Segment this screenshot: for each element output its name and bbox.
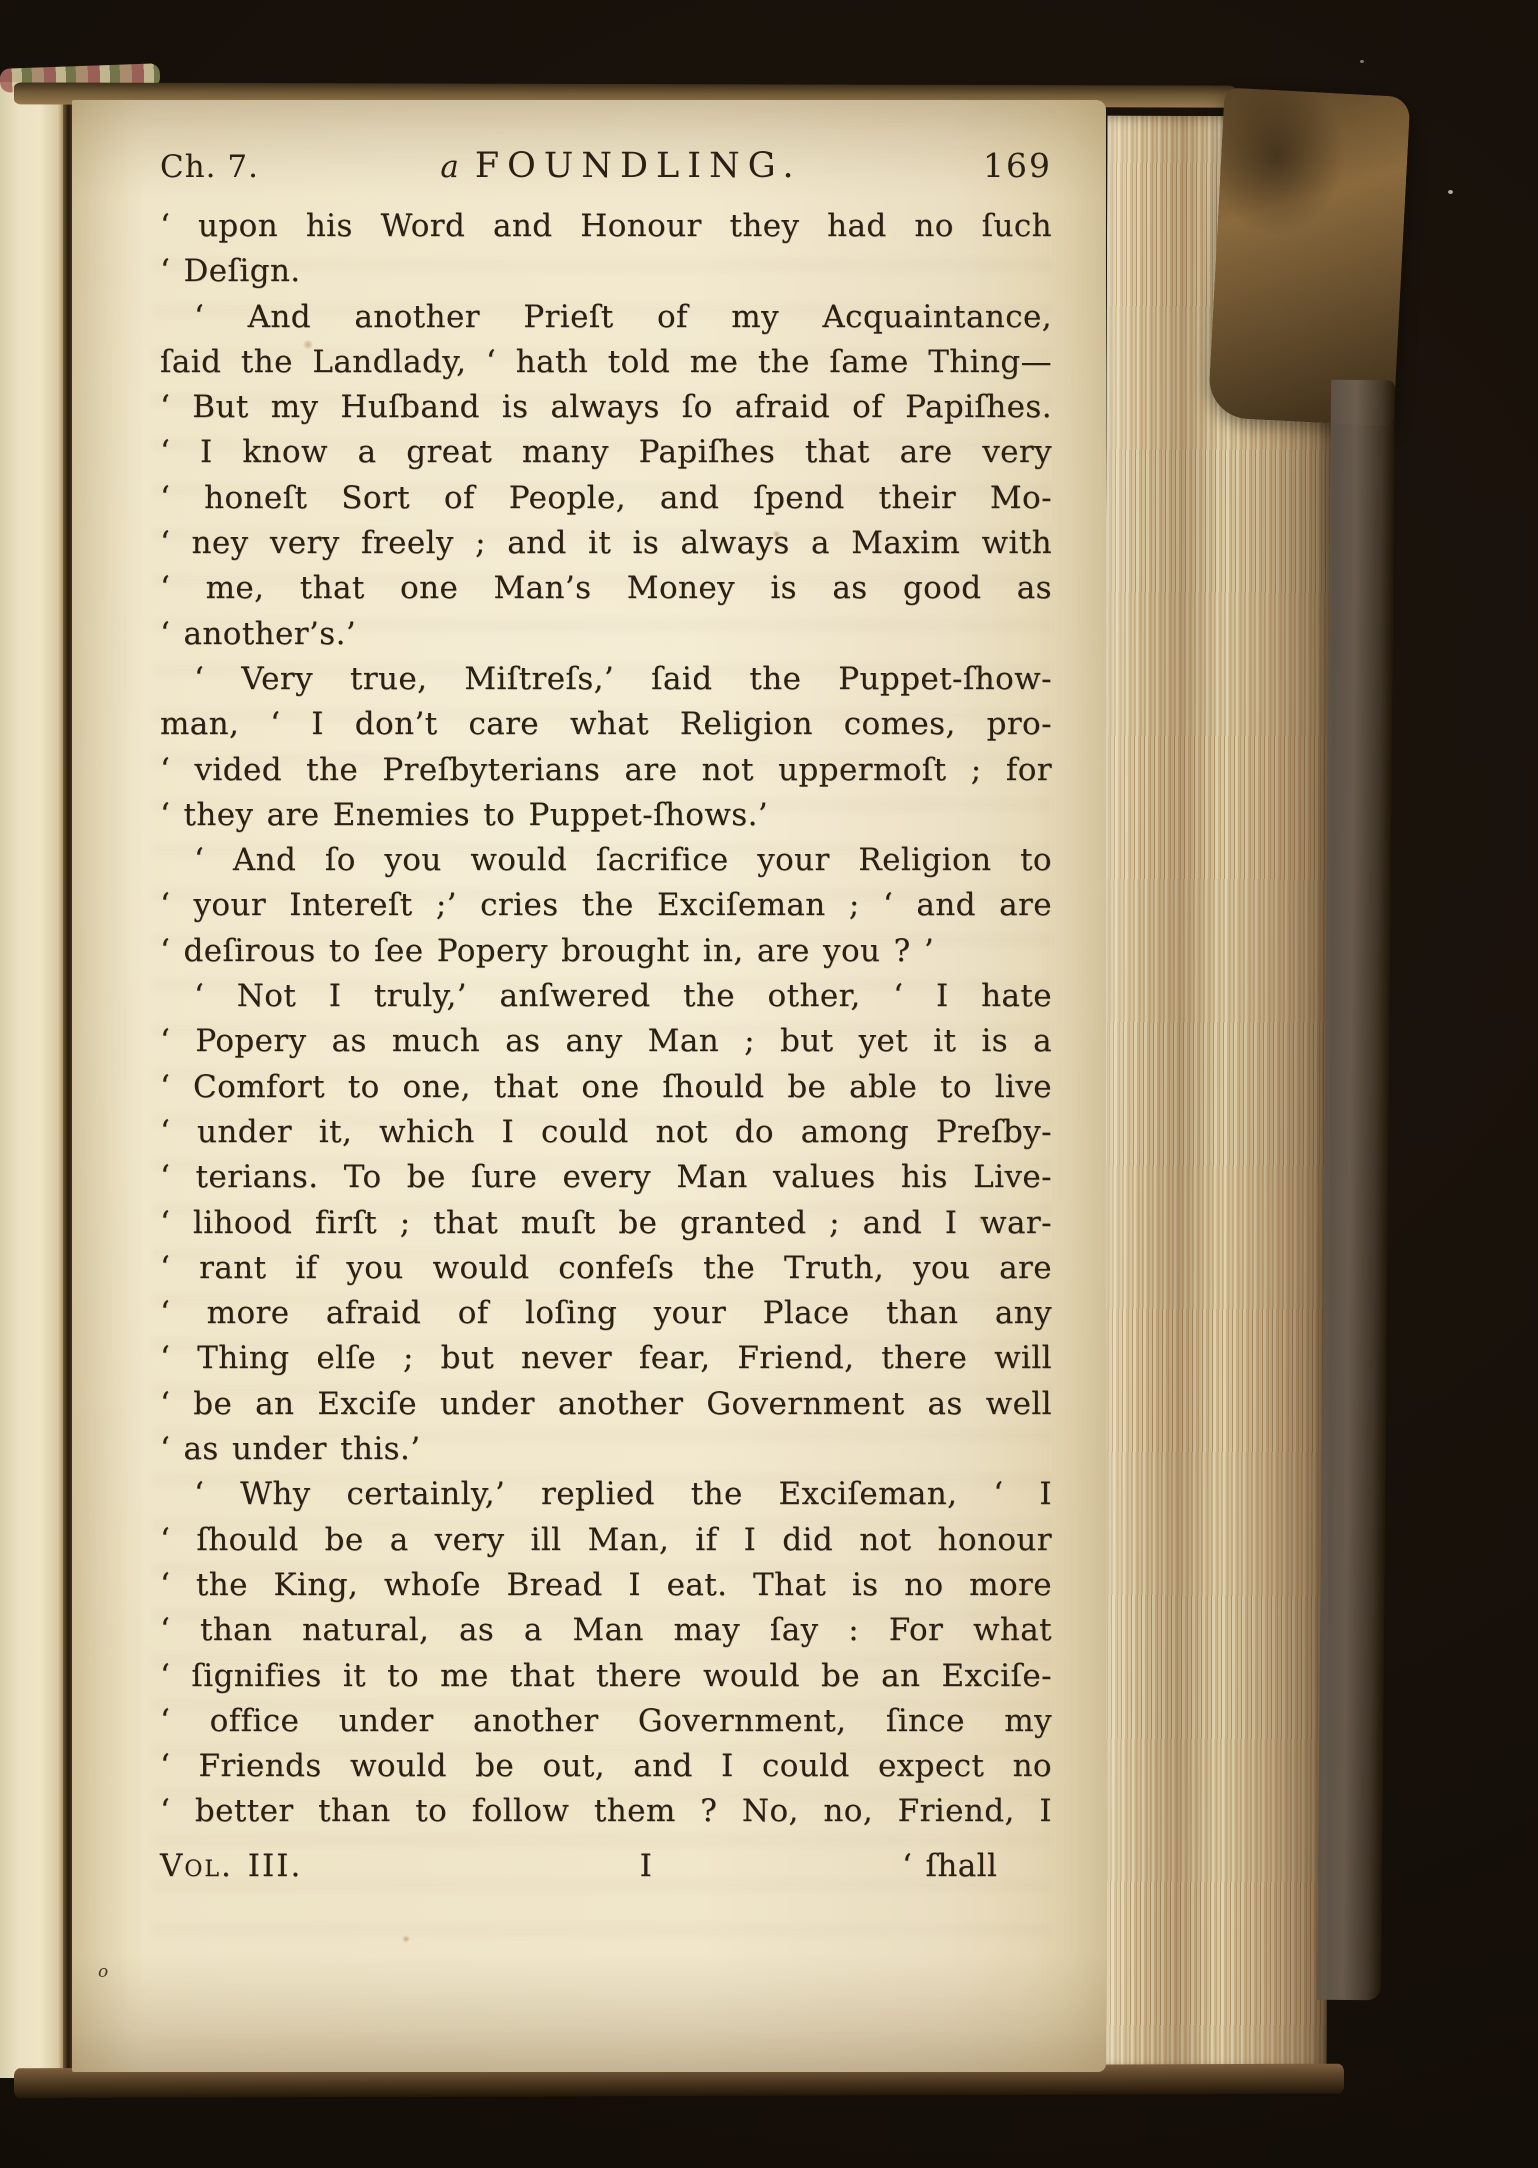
text-line: ‘ office under another Government, ſince… bbox=[160, 1699, 1052, 1744]
text-line: ‘ than natural, as a Man may ſay : For w… bbox=[160, 1608, 1052, 1653]
text-line: ‘ be an Exciſe under another Government … bbox=[160, 1382, 1052, 1427]
cover-board-edge bbox=[1317, 380, 1395, 2000]
text-line: ‘ lihood firſt ; that muſt be granted ; … bbox=[160, 1201, 1052, 1246]
text-line: ‘ another’s.’ bbox=[160, 612, 1052, 657]
text-line: ‘ I know a great many Papiſhes that are … bbox=[160, 430, 1052, 475]
running-head: Ch. 7. aFOUNDLING. 169 bbox=[160, 146, 1052, 186]
text-line: ‘ the King, whoſe Bread I eat. That is n… bbox=[160, 1563, 1052, 1608]
book-page: Ch. 7. aFOUNDLING. 169 ‘ upon his Word a… bbox=[72, 100, 1106, 2072]
text-line: ‘ vided the Preſbyterians are not upperm… bbox=[160, 748, 1052, 793]
text-line: ‘ Thing elſe ; but never fear, Friend, t… bbox=[160, 1336, 1052, 1381]
text-line: ‘ Not I truly,’ anſwered the other, ‘ I … bbox=[160, 974, 1052, 1019]
text-line: ‘ Deſign. bbox=[160, 249, 1052, 294]
signature-mark: I bbox=[390, 1844, 902, 1889]
text-line: ‘ more afraid of loſing your Place than … bbox=[160, 1291, 1052, 1336]
text-line: ‘ ney very freely ; and it is always a M… bbox=[160, 521, 1052, 566]
chapter-label: Ch. 7. bbox=[160, 149, 259, 185]
foxing-stain bbox=[402, 1935, 410, 1943]
text-line: ‘ And another Prieſt of my Acquaintance, bbox=[160, 295, 1052, 340]
text-line: ‘ under it, which I could not do among P… bbox=[160, 1110, 1052, 1155]
text-line: ‘ terians. To be ſure every Man values h… bbox=[160, 1155, 1052, 1200]
text-line: ‘ And ſo you would ſacrifice your Religi… bbox=[160, 838, 1052, 883]
text-line: ‘ your Intereſt ;’ cries the Exciſeman ;… bbox=[160, 883, 1052, 928]
text-line: ‘ Friends would be out, and I could expe… bbox=[160, 1744, 1052, 1789]
leather-corner bbox=[1207, 87, 1410, 426]
page-title: aFOUNDLING. bbox=[259, 146, 983, 186]
text-line: ‘ as under this.’ bbox=[160, 1427, 1052, 1472]
dust-speck bbox=[1448, 190, 1453, 194]
text-line: ‘ Popery as much as any Man ; but yet it… bbox=[160, 1019, 1052, 1064]
text-line: ‘ rant if you would confeſs the Truth, y… bbox=[160, 1246, 1052, 1291]
text-line: ſaid the Landlady, ‘ hath told me the ſa… bbox=[160, 340, 1052, 385]
text-line: ‘ But my Huſband is always ſo afraid of … bbox=[160, 385, 1052, 430]
text-line: ‘ upon his Word and Honour they had no ſ… bbox=[160, 204, 1052, 249]
text-line: ‘ Why certainly,’ replied the Exciſeman,… bbox=[160, 1472, 1052, 1517]
text-line: ‘ Very true, Miſtreſs,’ ſaid the Puppet-… bbox=[160, 657, 1052, 702]
body-text: ‘ upon his Word and Honour they had no ſ… bbox=[160, 204, 1052, 1889]
text-line: ‘ Comfort to one, that one ſhould be abl… bbox=[160, 1065, 1052, 1110]
page-footer: Vol. III. I ‘ ſhall bbox=[160, 1844, 1052, 1889]
catchword: ‘ ſhall bbox=[902, 1844, 1052, 1889]
page-number: 169 bbox=[983, 146, 1052, 185]
text-line: ‘ deſirous to ſee Popery brought in, are… bbox=[160, 929, 1052, 974]
text-line: ‘ they are Enemies to Puppet-ſhows.’ bbox=[160, 793, 1052, 838]
facing-page-edge bbox=[0, 82, 66, 2078]
text-line: man, ‘ I don’t care what Religion comes,… bbox=[160, 702, 1052, 747]
text-line: ‘ ſhould be a very ill Man, if I did not… bbox=[160, 1518, 1052, 1563]
text-line: ‘ better than to follow them ? No, no, F… bbox=[160, 1789, 1052, 1834]
text-line: ‘ me, that one Man’s Money is as good as bbox=[160, 566, 1052, 611]
title-text: FOUNDLING. bbox=[475, 146, 802, 186]
margin-mark: o bbox=[98, 1962, 108, 1982]
photo-background: Ch. 7. aFOUNDLING. 169 ‘ upon his Word a… bbox=[0, 0, 1538, 2168]
title-article: a bbox=[440, 149, 458, 185]
text-line: ‘ honeſt Sort of People, and ſpend their… bbox=[160, 476, 1052, 521]
text-line: ‘ ſignifies it to me that there would be… bbox=[160, 1654, 1052, 1699]
volume-label: Vol. III. bbox=[160, 1844, 390, 1889]
dust-speck bbox=[1360, 60, 1364, 63]
